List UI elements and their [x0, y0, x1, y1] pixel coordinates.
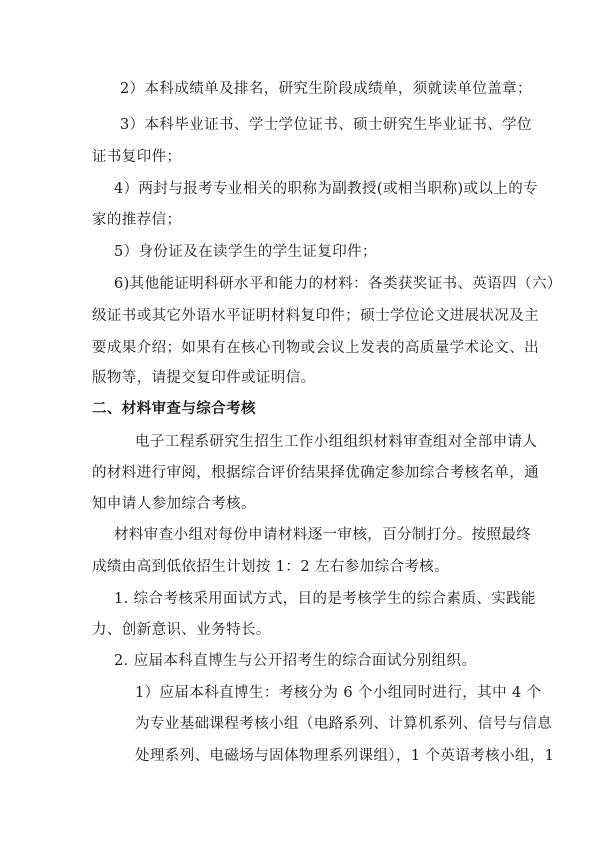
list-item-direct-phd: 1）应届本科直博生：考核分为 6 个小组同时进行，其中 4 个 [135, 683, 555, 703]
list-item-other-materials: 6)其他能证明科研水平和能力的材料：各类获奖证书、英语四（六） [114, 274, 534, 294]
list-item-recommendation: 4）两封与报考专业相关的职称为副教授(或相当职称)或以上的专 [114, 179, 534, 199]
text-line: 处理系列、电磁场与固体物理系列课组），1 个英语考核小组，1 [135, 746, 555, 766]
text-line: 家的推荐信； [92, 210, 512, 230]
paragraph-line: 材料审查小组对每份申请材料逐一审核，百分制打分。按照最终 [114, 525, 534, 545]
list-item-certificates: 3）本科毕业证书、学士学位证书、硕士研究生毕业证书、学位 [120, 115, 540, 135]
text-line: 知申请人参加综合考核。 [92, 494, 512, 514]
text-line: 要成果介绍；如果有在核心刊物或会议上发表的高质量学术论文、出 [92, 338, 512, 358]
text-line: 版物等，请提交复印件或证明信。 [92, 368, 512, 388]
list-item-separate-interviews: 2. 应届本科直博生与公开招考生的综合面试分别组织。 [114, 651, 534, 671]
text-line: 的材料进行审阅，根据综合评价结果择优确定参加综合考核名单，通 [92, 463, 512, 483]
list-item-id-card: 5）身份证及在读学生的学生证复印件； [114, 242, 534, 262]
list-item-transcript: 2）本科成绩单及排名，研究生阶段成绩单，须就读单位盖章； [120, 79, 540, 99]
text-line: 成绩由高到低依招生计划按 1：2 左右参加综合考核。 [92, 557, 512, 577]
paragraph-line: 电子工程系研究生招生工作小组组织材料审查组对全部申请人 [135, 432, 555, 452]
document-page: 2）本科成绩单及排名，研究生阶段成绩单，须就读单位盖章； 3）本科毕业证书、学士… [0, 0, 600, 849]
list-item-interview: 1. 综合考核采用面试方式，目的是考核学生的综合素质、实践能 [114, 589, 534, 609]
text-line: 为专业基础课程考核小组（电路系列、计算机系列、信号与信息 [135, 714, 555, 734]
text-line: 级证书或其它外语水平证明材料复印件；硕士学位论文进展状况及主 [92, 306, 512, 326]
text-line: 证书复印件； [92, 147, 512, 167]
text-line: 力、创新意识、业务特长。 [92, 620, 512, 640]
section-heading: 二、材料审查与综合考核 [92, 399, 512, 419]
